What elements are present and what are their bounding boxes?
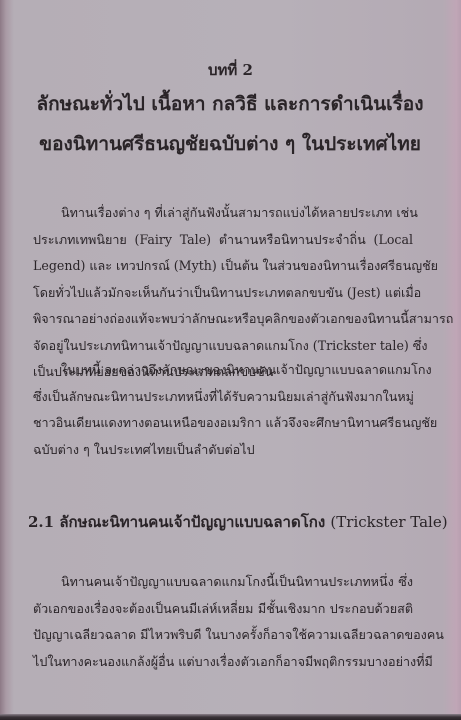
text-line: ปัญญาเฉลียวฉลาด มีไหวพริบดี ในบางครั้งก็… <box>33 622 413 649</box>
text-line: พิจารณาอย่างถ่องแท้จะพบว่าลักษณะหรือบุคล… <box>33 306 413 333</box>
section-heading: 2.1 ลักษณะนิทานคนเจ้าปัญญาแบบฉลาดโกง (Tr… <box>28 510 438 534</box>
text-line: โดยทั่วไปแล้วมักจะเห็นกันว่าเป็นนิทานประ… <box>33 280 413 307</box>
text-line: ไปในทางคะนองแกล้งผู้อื่น แต่บางเรื่องตัว… <box>33 649 413 676</box>
text-line: จัดอยู่ในประเภทนิทานเจ้าปัญญาแบบฉลาดแกมโ… <box>33 333 413 360</box>
text-line: ชาวอินเดียนแดงทางตอนเหนือของอเมริกา แล้ว… <box>33 410 413 437</box>
text-line: นิทานคนเจ้าปัญญาแบบฉลาดแกมโกงนี้เป็นนิทา… <box>33 569 413 596</box>
text-line: ในบทนี้ จะกล่าวถึงลักษณะของนิทานคนเจ้าปั… <box>33 357 413 384</box>
text-line: ประเภทเทพนิยาย (Fairy Tale) ตำนานหรือนิท… <box>33 227 413 254</box>
chapter-title: ลักษณะทั่วไป เนื้อหา กลวิธี และการดำเนิน… <box>20 84 440 164</box>
section-title-latin: (Trickster Tale) <box>330 513 447 531</box>
text-line: ซึ่งเป็นลักษณะนิทานประเภทหนึ่งที่ได้รับค… <box>33 384 413 411</box>
text-line: Legend) และ เทวปกรณ์ (Myth) เป็นต้น ในส่… <box>33 253 413 280</box>
chapter-title-line: ของนิทานศรีธนญชัยฉบับต่าง ๆ ในประเทศไทย <box>20 124 440 164</box>
paragraph-trickster-definition: นิทานคนเจ้าปัญญาแบบฉลาดแกมโกงนี้เป็นนิทา… <box>33 569 413 675</box>
section-title-thai: ลักษณะนิทานคนเจ้าปัญญาแบบฉลาดโกง <box>59 513 325 531</box>
text-line: นิทานเรื่องต่าง ๆ ที่เล่าสู่กันฟังนั้นสา… <box>33 200 413 227</box>
text-line: ตัวเอกของเรื่องจะต้องเป็นคนมีเล่ห์เหลี่ย… <box>33 596 413 623</box>
text-line: ฉบับต่าง ๆ ในประเทศไทยเป็นลำดับต่อไป <box>33 437 413 464</box>
chapter-title-line: ลักษณะทั่วไป เนื้อหา กลวิธี และการดำเนิน… <box>20 84 440 124</box>
book-page: บทที่ 2 ลักษณะทั่วไป เนื้อหา กลวิธี และก… <box>0 0 461 714</box>
section-number: 2.1 <box>28 513 54 531</box>
chapter-number: บทที่ 2 <box>0 58 461 82</box>
paragraph-chapter-scope: ในบทนี้ จะกล่าวถึงลักษณะของนิทานคนเจ้าปั… <box>33 357 413 463</box>
page-bottom-edge <box>0 714 461 720</box>
